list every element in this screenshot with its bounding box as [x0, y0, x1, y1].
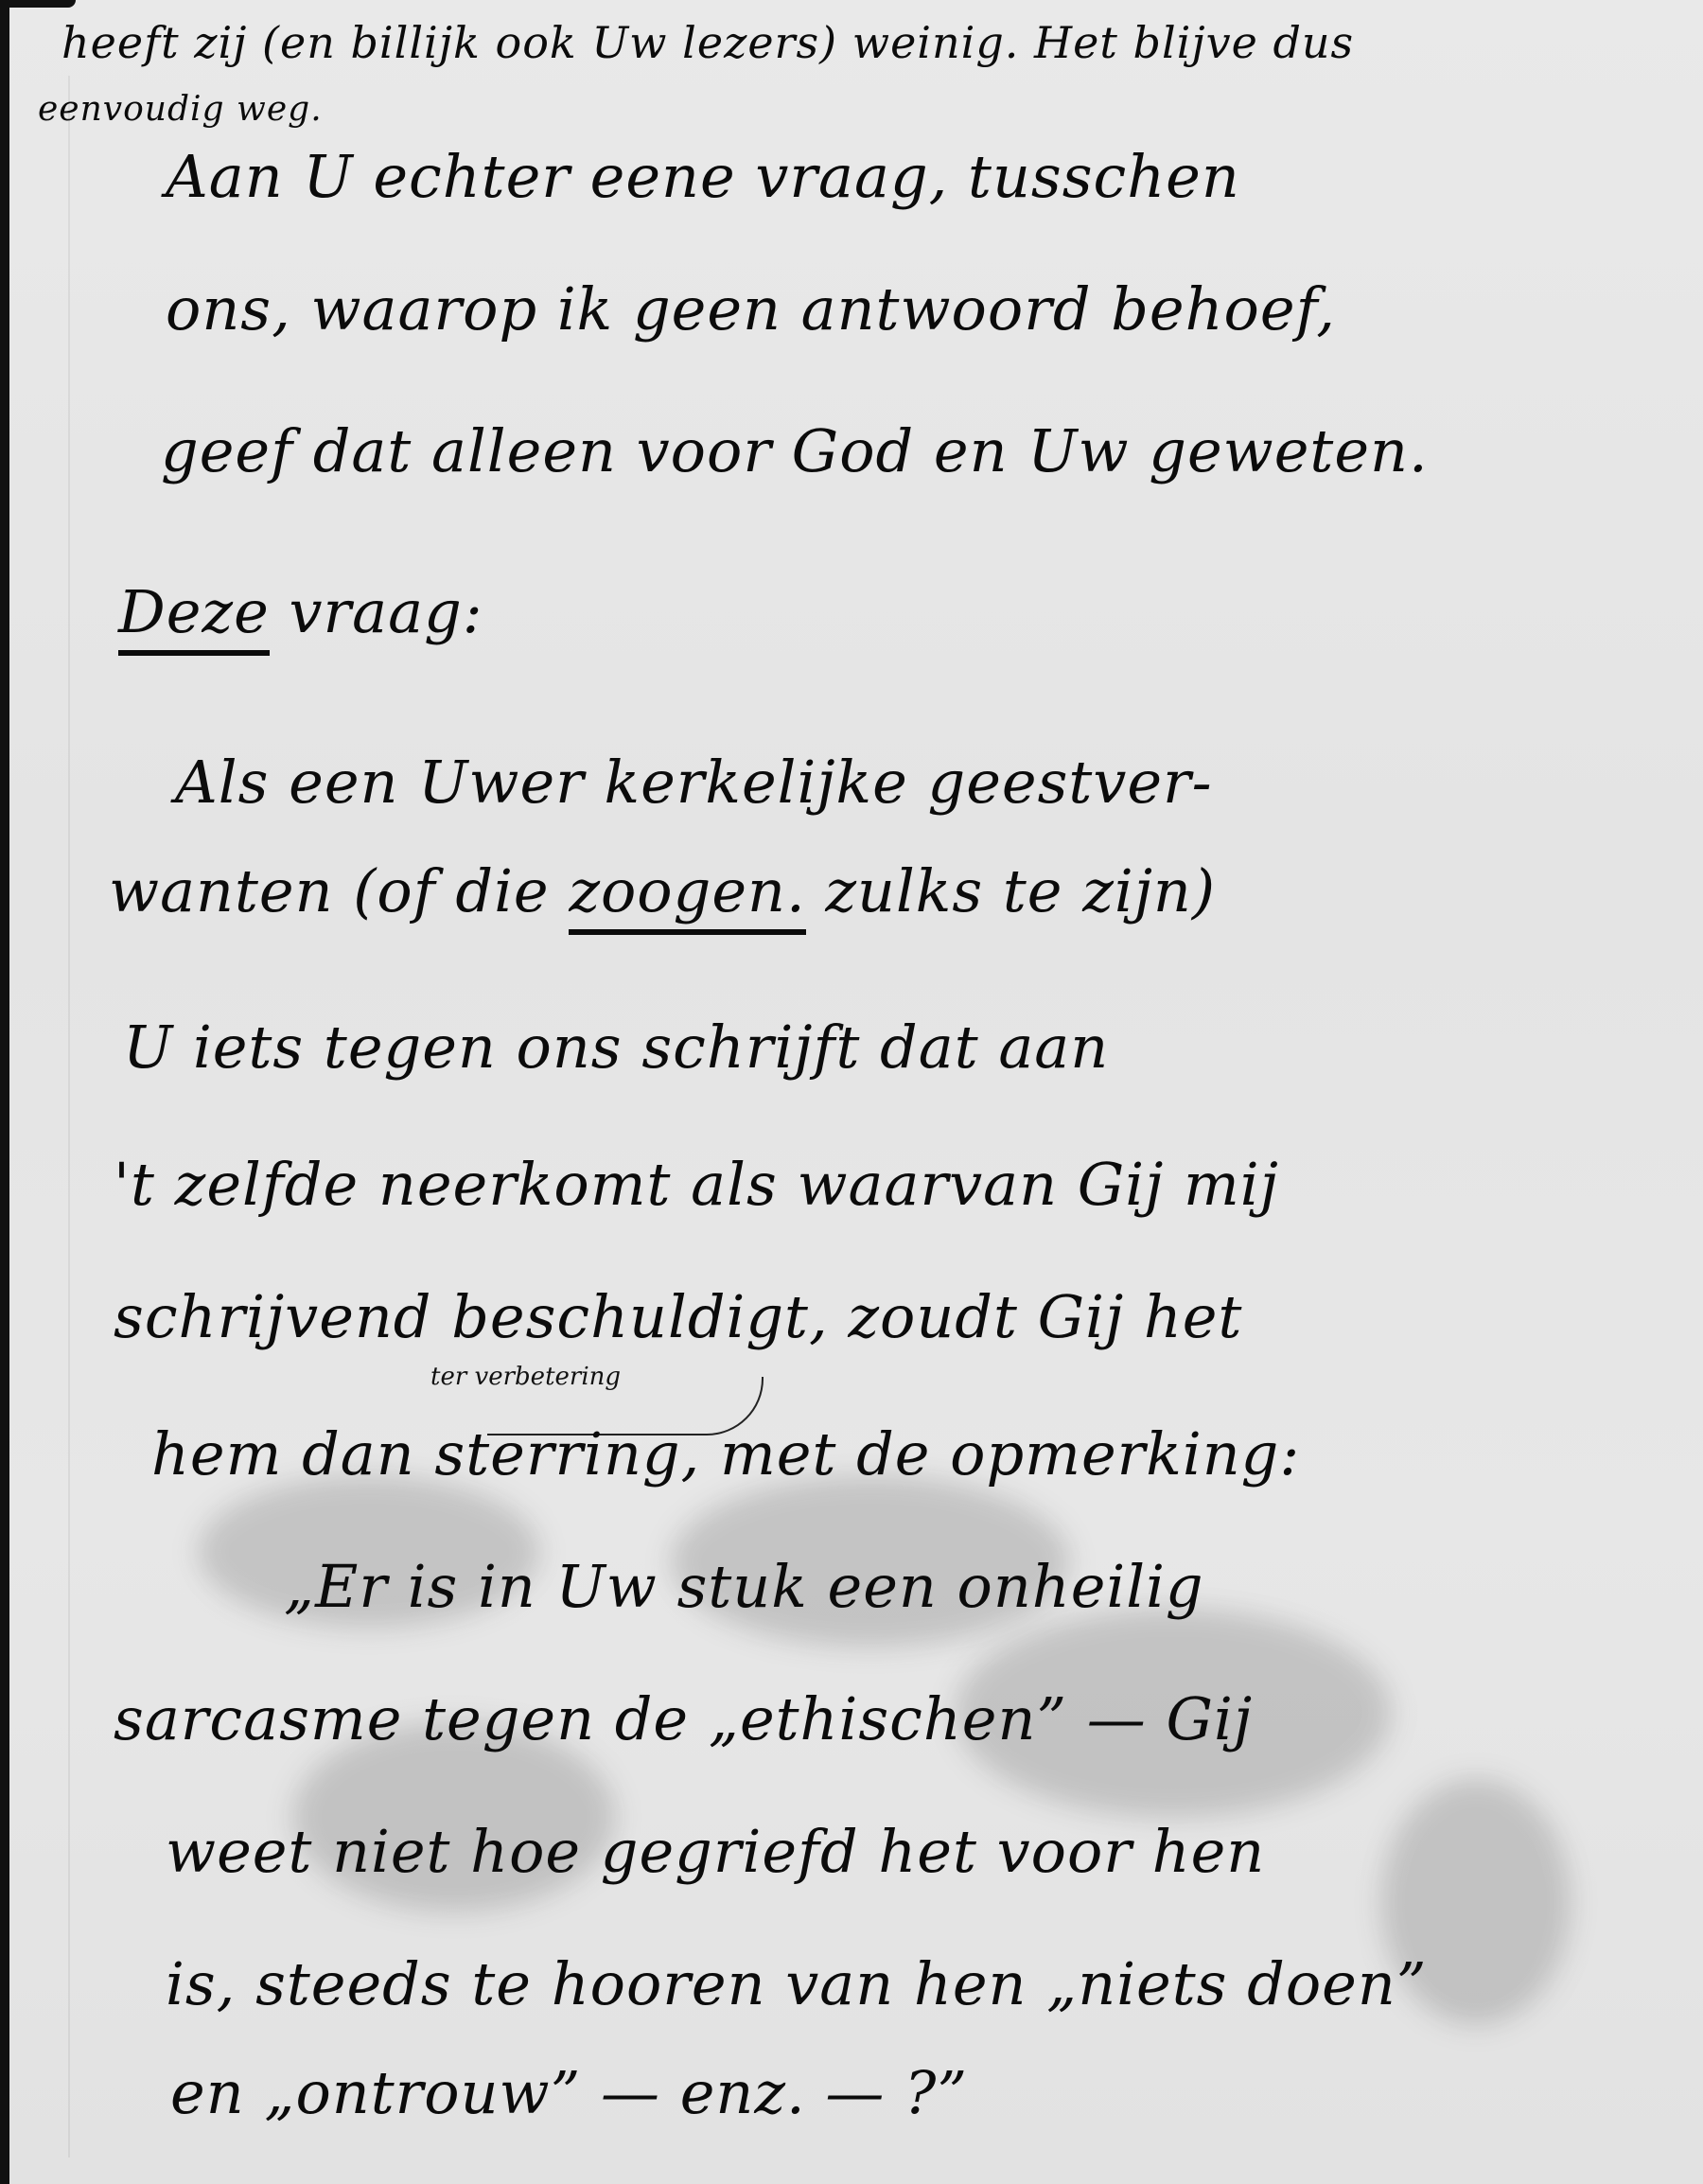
letter-text: wanten (of die — [109, 856, 550, 925]
letter-text: zulks te zijn) — [825, 856, 1216, 925]
letter-line: U iets tegen ons schrijft dat aan — [123, 1013, 1109, 1082]
letter-page: heeft zij (en billijk ook Uw lezers) wei… — [0, 0, 1703, 2184]
letter-line-underlined: wanten (of die zoogen. zulks te zijn) — [109, 856, 1216, 925]
letter-line: 't zelfde neerkomt als waarvan Gij mij — [114, 1150, 1279, 1219]
letter-line: eenvoudig weg. — [38, 90, 323, 129]
letter-line: ons, waarop ik geen antwoord behoef, — [166, 274, 1336, 343]
margin-fold-line — [68, 76, 70, 2158]
letter-line: geef dat alleen voor God en Uw geweten. — [161, 416, 1429, 485]
underlined-word: Deze — [118, 577, 270, 656]
letter-line-underlined: Deze vraag: — [118, 577, 483, 646]
letter-line: schrijvend beschuldigt, zoudt Gij het — [114, 1282, 1242, 1351]
letter-text: vraag: — [289, 577, 483, 646]
letter-line: is, steeds te hooren van hen „niets doen… — [166, 1949, 1428, 2018]
letter-line: Aan U echter eene vraag, tusschen — [166, 142, 1240, 211]
letter-line: heeft zij (en billijk ook Uw lezers) wei… — [61, 17, 1354, 68]
letter-line: sarcasme tegen de „ethischen” — Gij — [114, 1684, 1253, 1753]
letter-line: hem dan sterring, met de opmerking: — [151, 1419, 1300, 1488]
letter-line: weet niet hoe gegriefd het voor hen — [166, 1817, 1265, 1886]
letter-line: Als een Uwer kerkelijke geestver- — [175, 748, 1213, 817]
letter-line: „Er is in Uw stuk een onheilig — [284, 1552, 1204, 1621]
scan-corner-mark — [9, 0, 76, 8]
letter-line: en „ontrouw” — enz. — ?” — [170, 2058, 968, 2127]
underlined-word: zoogen. — [569, 856, 805, 935]
